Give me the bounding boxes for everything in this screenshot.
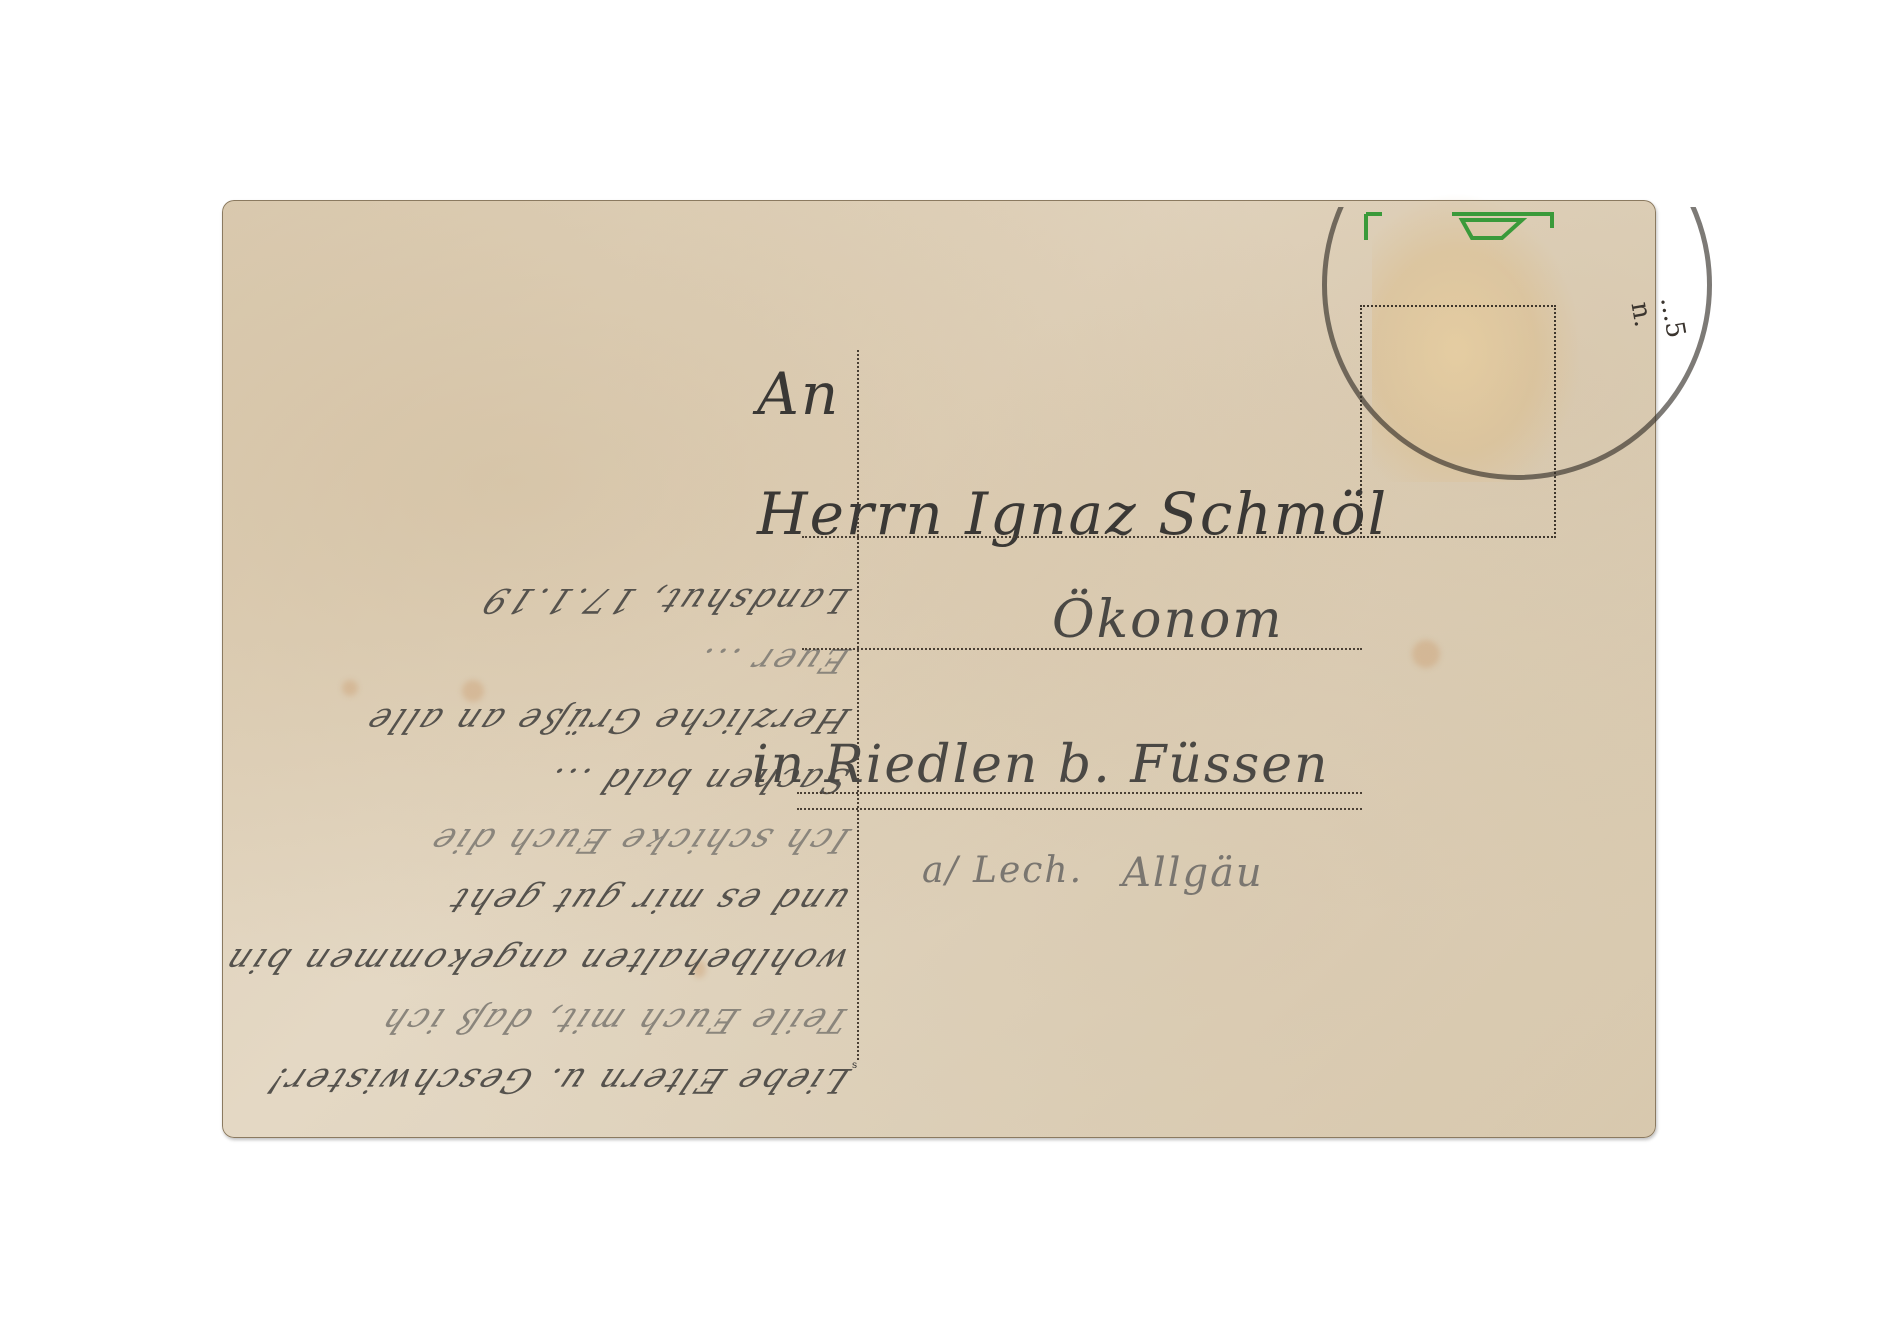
address-line bbox=[802, 536, 1362, 538]
address-occupation: Ökonom bbox=[1052, 590, 1284, 650]
postmark-icon bbox=[1322, 90, 1712, 480]
message-line: wohlbehalten angekommen bin bbox=[218, 930, 861, 990]
postcard: Liebe Eltern u. Geschwister! Teile Euch … bbox=[222, 200, 1656, 1138]
address-line bbox=[802, 648, 1362, 650]
address-line bbox=[797, 808, 1362, 810]
foxing-stain bbox=[1412, 640, 1440, 668]
address-region-prefix: a/ Lech. bbox=[922, 850, 1083, 891]
address-line bbox=[797, 792, 1362, 794]
message-line: und es mir gut geht bbox=[218, 870, 861, 930]
divider-mark: s bbox=[852, 1060, 857, 1071]
address-region: Allgäu bbox=[1122, 850, 1264, 896]
address-salutation: An bbox=[757, 360, 840, 428]
message-line: Euer ... bbox=[218, 630, 861, 690]
address-place: in Riedlen b. Füssen bbox=[752, 735, 1329, 795]
message-line: Teile Euch mit, daß ich bbox=[218, 990, 861, 1050]
message-line: Landshut, 17.1.19 bbox=[218, 570, 861, 630]
message-line: Liebe Eltern u. Geschwister! bbox=[218, 1050, 861, 1110]
divider-line bbox=[857, 350, 859, 1060]
message-area: Liebe Eltern u. Geschwister! Teile Euch … bbox=[232, 210, 847, 1110]
message-line: Ich schicke Euch die bbox=[218, 810, 861, 870]
